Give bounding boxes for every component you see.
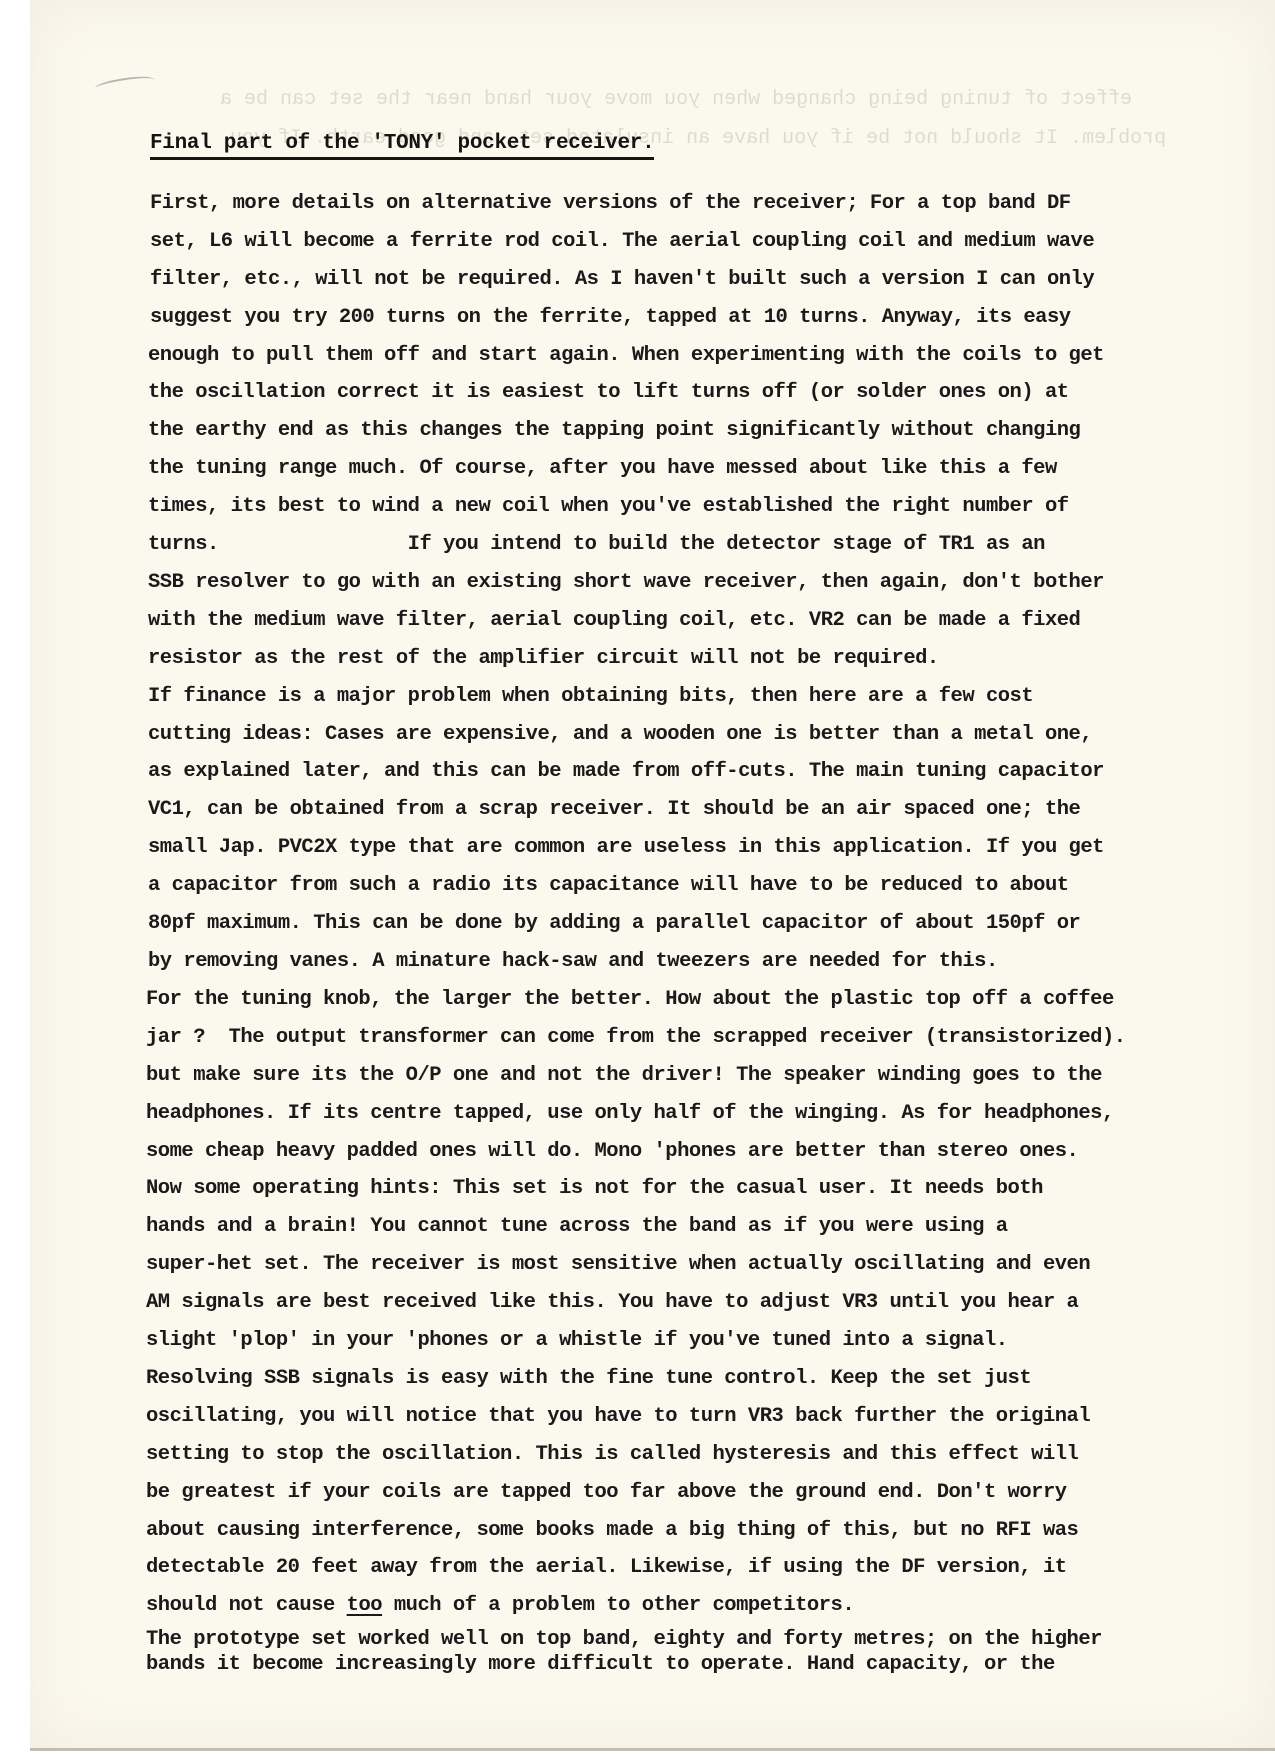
body-line: the tuning range much. Of course, after …	[148, 457, 1057, 480]
body-line: some cheap heavy padded ones will do. Mo…	[146, 1140, 1078, 1163]
body-line: be greatest if your coils are tapped too…	[146, 1481, 1067, 1504]
body-line: slight 'plop' in your 'phones or a whist…	[146, 1329, 1008, 1352]
body-line: headphones. If its centre tapped, use on…	[146, 1102, 1114, 1125]
body-line: cutting ideas: Cases are expensive, and …	[148, 723, 1092, 746]
body-line: bands it become increasingly more diffic…	[146, 1653, 1055, 1676]
underlined-emphasis: too	[347, 1594, 382, 1617]
body-line: set, L6 will become a ferrite rod coil. …	[150, 230, 1094, 253]
body-line: For the tuning knob, the larger the bett…	[146, 988, 1114, 1011]
document-title: Final part of the 'TONY' pocket receiver…	[150, 132, 654, 160]
body-line: If finance is a major problem when obtai…	[148, 685, 1033, 708]
body-line: AM signals are best received like this. …	[146, 1291, 1078, 1314]
body-line: VC1, can be obtained from a scrap receiv…	[148, 798, 1080, 821]
body-line: super-het set. The receiver is most sens…	[146, 1253, 1090, 1276]
body-line: enough to pull them off and start again.…	[148, 344, 1104, 367]
body-line: should not cause too much of a problem t…	[146, 1594, 854, 1617]
body-line: Now some operating hints: This set is no…	[146, 1177, 1043, 1200]
body-line: as explained later, and this can be made…	[148, 760, 1104, 783]
body-line: times, its best to wind a new coil when …	[148, 495, 1069, 518]
body-line: the oscillation correct it is easiest to…	[148, 381, 1069, 404]
body-line: oscillating, you will notice that you ha…	[146, 1405, 1090, 1428]
body-line: filter, etc., will not be required. As I…	[150, 268, 1094, 291]
body-line: about causing interference, some books m…	[146, 1519, 1078, 1542]
body-line: hands and a brain! You cannot tune acros…	[146, 1215, 1008, 1238]
body-line: small Jap. PVC2X type that are common ar…	[148, 836, 1104, 859]
body-line: resistor as the rest of the amplifier ci…	[148, 647, 939, 670]
body-line: setting to stop the oscillation. This is…	[146, 1443, 1078, 1466]
body-line: SSB resolver to go with an existing shor…	[148, 571, 1104, 594]
body-line: jar ? The output transformer can come fr…	[146, 1026, 1126, 1049]
body-line: with the medium wave filter, aerial coup…	[148, 609, 1080, 632]
bleed-through-text: effect of tuning being changed when you …	[220, 88, 1132, 111]
body-line: turns. If you intend to build the detect…	[148, 533, 1045, 556]
body-line: the earthy end as this changes the tappi…	[148, 419, 1080, 442]
body-line: Resolving SSB signals is easy with the f…	[146, 1367, 1031, 1390]
body-line: suggest you try 200 turns on the ferrite…	[150, 306, 1071, 329]
body-line: detectable 20 feet away from the aerial.…	[146, 1556, 1067, 1579]
body-line: by removing vanes. A minature hack-saw a…	[148, 950, 998, 973]
body-line: The prototype set worked well on top ban…	[146, 1628, 1102, 1651]
body-line: 80pf maximum. This can be done by adding…	[148, 912, 1080, 935]
body-line: First, more details on alternative versi…	[150, 192, 1071, 215]
body-line: but make sure its the O/P one and not th…	[146, 1064, 1102, 1087]
body-line: a capacitor from such a radio its capaci…	[148, 874, 1069, 897]
